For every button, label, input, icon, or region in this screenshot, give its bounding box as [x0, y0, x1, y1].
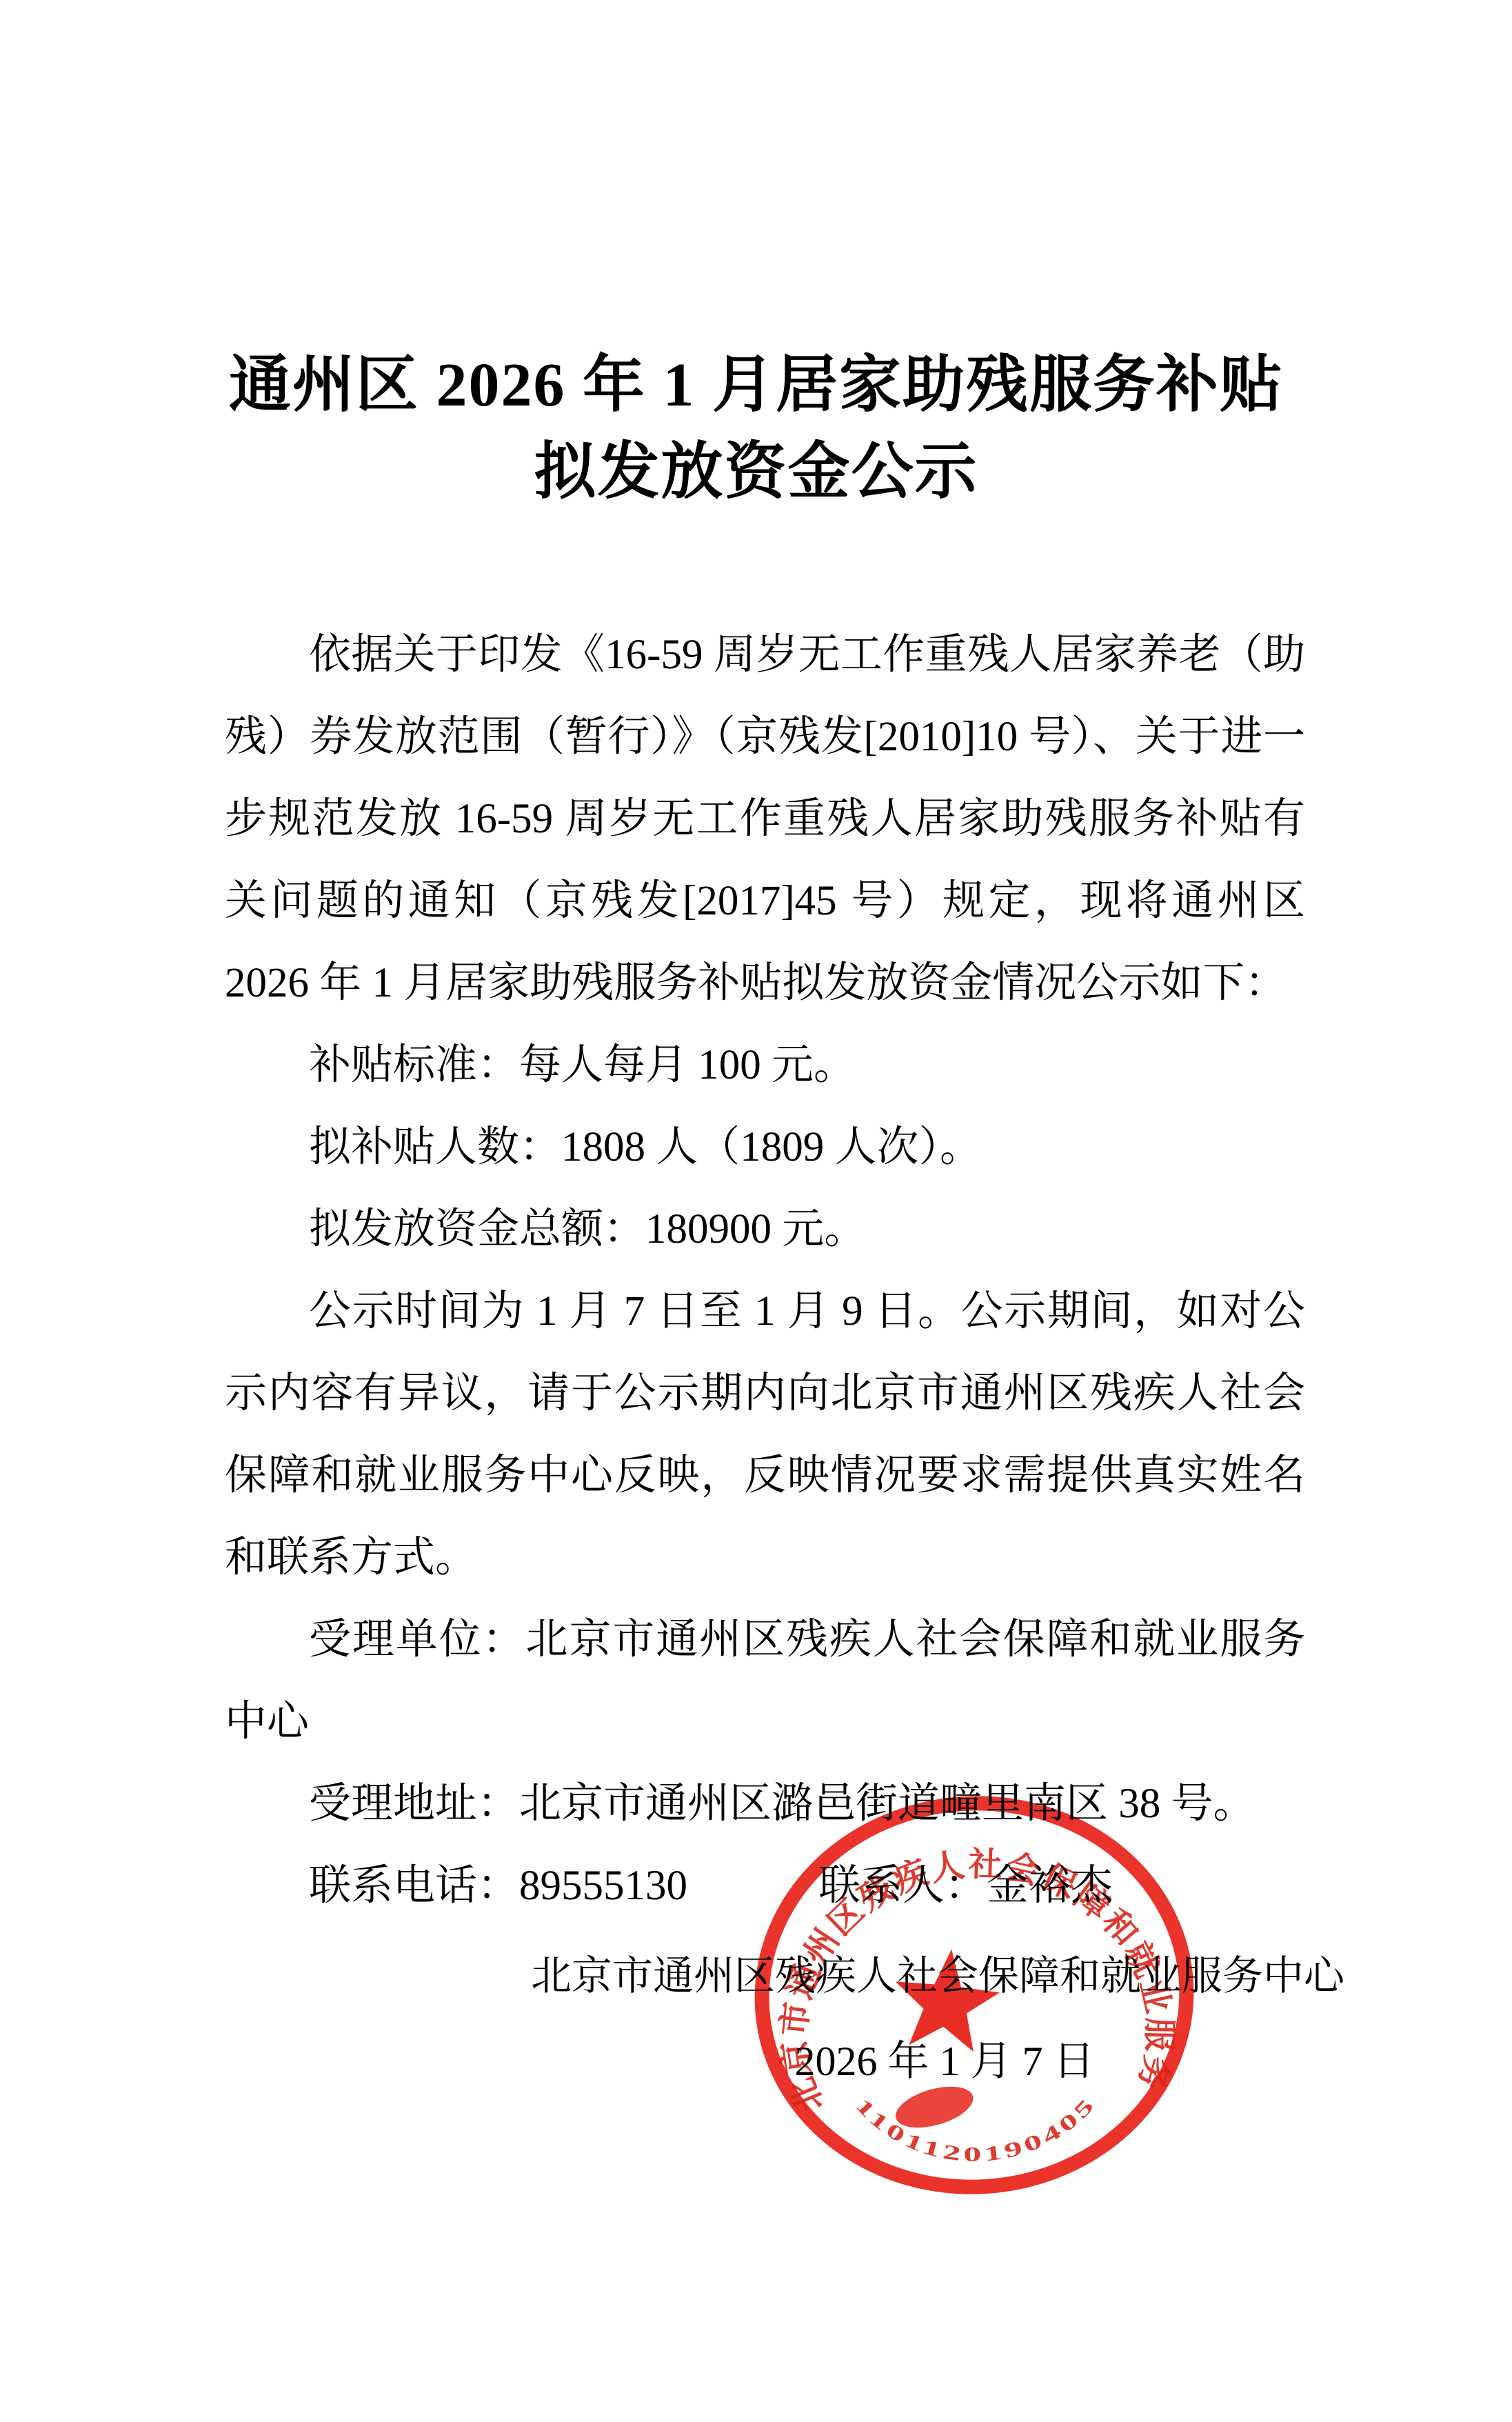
- document-page: 通州区 2026 年 1 月居家助残服务补贴 拟发放资金公示 依据关于印发《16…: [0, 0, 1512, 2422]
- signature-date: 2026 年 1 月 7 日: [795, 2040, 1095, 2083]
- contact-person: 联系人：金裕杰: [818, 1863, 1113, 1909]
- document-title: 通州区 2026 年 1 月居家助残服务补贴 拟发放资金公示: [0, 342, 1512, 516]
- paragraph-subsidy-count: 拟补贴人数：1808 人（1809 人次）。: [225, 1106, 1305, 1188]
- paragraph-basis: 依据关于印发《16-59 周岁无工作重残人居家养老（助残）券发放范围（暂行）》（…: [225, 614, 1305, 1024]
- paragraph-accepting-unit: 受理单位：北京市通州区残疾人社会保障和就业服务中心: [225, 1599, 1305, 1763]
- contact-phone: 联系电话：89555130: [309, 1863, 687, 1909]
- stamp-ink-blot: [891, 2079, 978, 2135]
- stamp-serial-number: 1101120190405: [850, 2078, 1105, 2175]
- paragraph-publicity-period: 公示时间为 1 月 7 日至 1 月 9 日。公示期间，如对公示内容有异议，请于…: [225, 1270, 1305, 1599]
- document-body: 依据关于印发《16-59 周岁无工作重残人居家养老（助残）券发放范围（暂行）》（…: [225, 614, 1305, 1927]
- title-line-2: 拟发放资金公示: [0, 429, 1512, 516]
- signature-unit: 北京市通州区残疾人社会保障和就业服务中心: [531, 1955, 1344, 1996]
- paragraph-accepting-address: 受理地址：北京市通州区潞邑街道疃里南区 38 号。: [225, 1763, 1305, 1845]
- paragraph-subsidy-standard: 补贴标准：每人每月 100 元。: [225, 1024, 1305, 1106]
- title-line-1: 通州区 2026 年 1 月居家助残服务补贴: [0, 342, 1512, 429]
- paragraph-contact: 联系电话：89555130联系人：金裕杰: [225, 1845, 1305, 1927]
- paragraph-total-amount: 拟发放资金总额：180900 元。: [225, 1188, 1305, 1270]
